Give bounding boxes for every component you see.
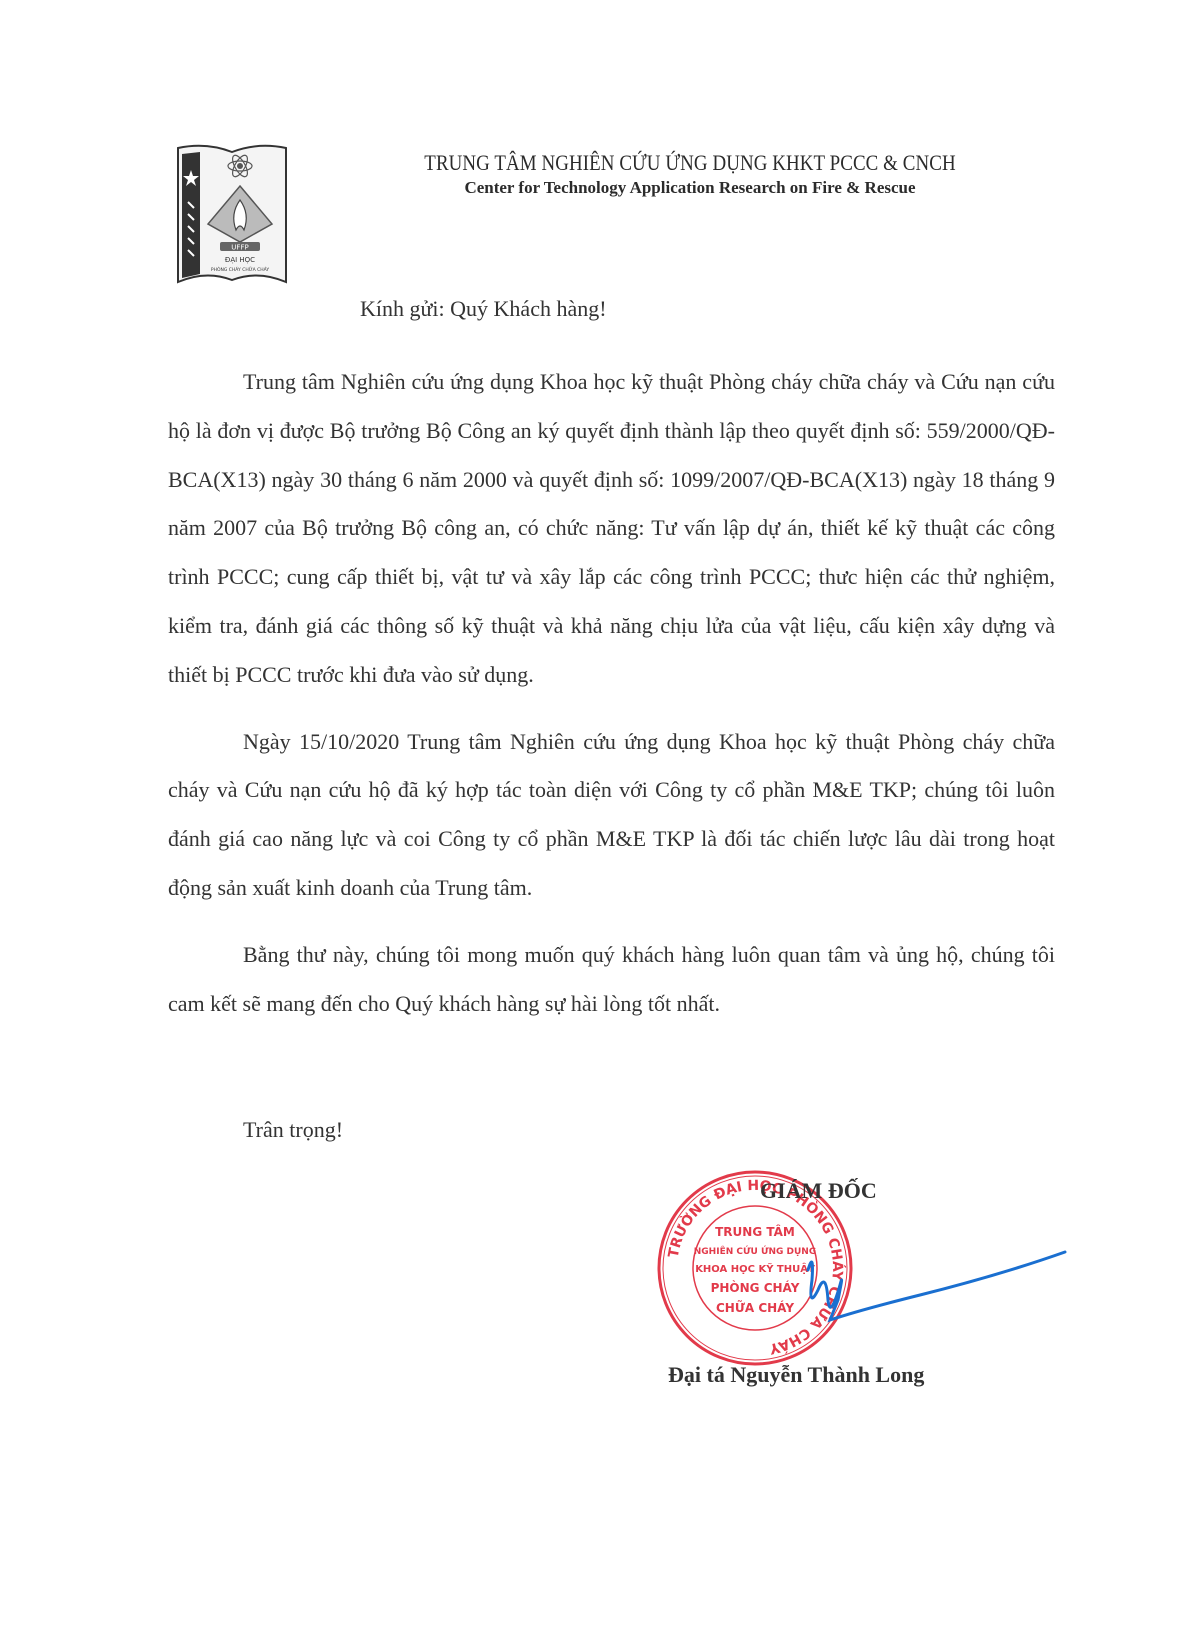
svg-text:CHỮA CHÁY: CHỮA CHÁY (716, 1300, 794, 1315)
svg-text:PHÒNG CHÁY: PHÒNG CHÁY (711, 1280, 800, 1295)
greeting: Kính gửi: Quý Khách hàng! (360, 296, 607, 322)
svg-text:UFFP: UFFP (231, 244, 248, 252)
letterhead: TRUNG TÂM NGHIÊN CỨU ỨNG DỤNG KHKT PCCC … (300, 150, 1080, 198)
org-name-vi: TRUNG TÂM NGHIÊN CỨU ỨNG DỤNG KHKT PCCC … (355, 150, 1026, 176)
paragraph: Ngày 15/10/2020 Trung tâm Nghiên cứu ứng… (168, 718, 1055, 913)
signature-icon (800, 1240, 1070, 1340)
university-emblem-icon: UFFP ĐẠI HỌC PHÒNG CHÁY CHỮA CHÁY (176, 142, 288, 287)
paragraph: Bằng thư này, chúng tôi mong muốn quý kh… (168, 931, 1055, 1029)
letter-body: Trung tâm Nghiên cứu ứng dụng Khoa học k… (168, 358, 1055, 1046)
org-name-en: Center for Technology Application Resear… (300, 178, 1080, 198)
signer-title: GIÁM ĐỐC (760, 1178, 877, 1204)
signer-name: Đại tá Nguyễn Thành Long (668, 1362, 924, 1388)
svg-text:NGHIÊN CỨU ỨNG DỤNG: NGHIÊN CỨU ỨNG DỤNG (694, 1245, 816, 1257)
svg-text:TRUNG TÂM: TRUNG TÂM (715, 1224, 795, 1239)
paragraph: Trung tâm Nghiên cứu ứng dụng Khoa học k… (168, 358, 1055, 700)
svg-text:ĐẠI HỌC: ĐẠI HỌC (225, 256, 255, 264)
handwritten-signature (800, 1240, 1070, 1340)
university-logo: UFFP ĐẠI HỌC PHÒNG CHÁY CHỮA CHÁY (176, 142, 288, 287)
svg-text:KHOA HỌC KỸ THUẬT: KHOA HỌC KỸ THUẬT (695, 1262, 815, 1275)
svg-text:PHÒNG CHÁY CHỮA CHÁY: PHÒNG CHÁY CHỮA CHÁY (211, 266, 270, 273)
closing: Trân trọng! (243, 1117, 343, 1143)
